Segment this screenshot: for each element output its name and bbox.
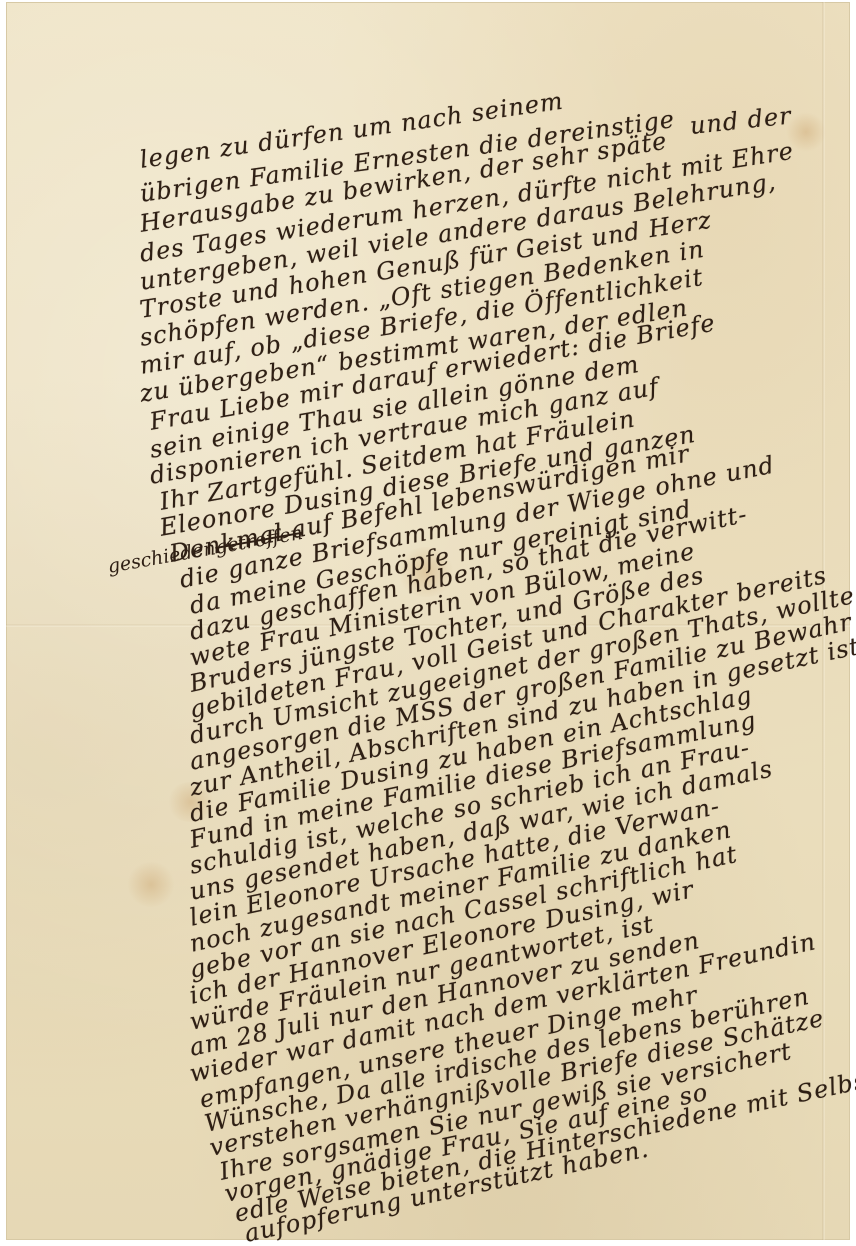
text-line: und der [689, 101, 793, 140]
handwritten-text-block: und der legen zu dürfen um nach seinem ü… [0, 0, 856, 1246]
